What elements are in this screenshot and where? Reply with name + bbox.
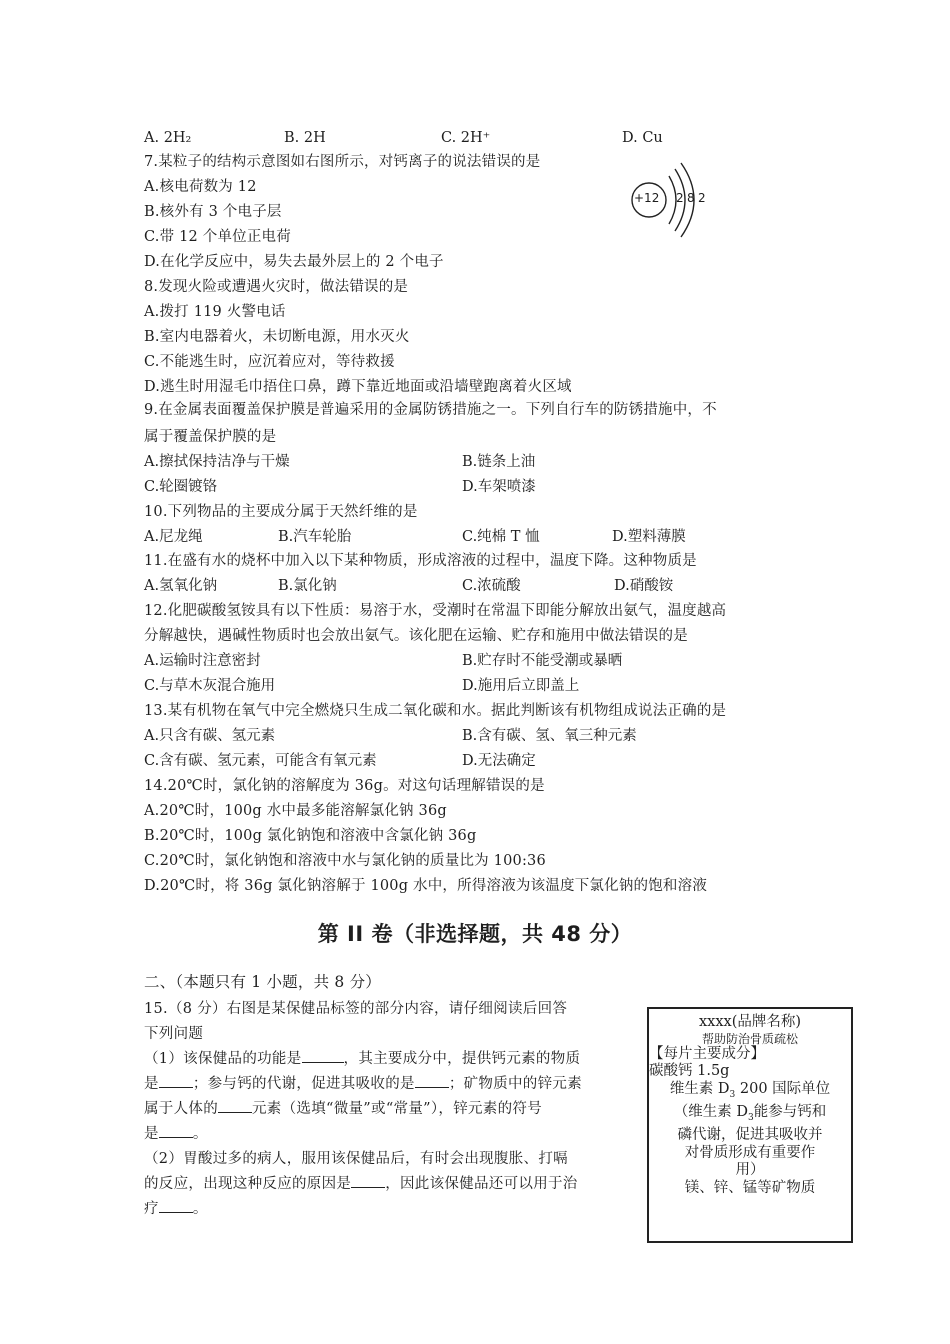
q15-block: 15.（8 分）右图是某保健品标签的部分内容，请仔细阅读后回答 下列问题 （1）… <box>144 997 634 1222</box>
q8-option-c: C.不能逃生时，应沉着应对，等待救援 <box>144 352 395 372</box>
q11-option-c: C.浓硫酸 <box>462 576 521 596</box>
q9-option-a: A.擦拭保持洁净与干燥 <box>144 452 290 472</box>
q13-stem: 13.某有机物在氧气中完全燃烧只生成二氧化碳和水。据此判断该有机物组成说法正确的… <box>144 701 726 721</box>
q15-part1-line4: 是。 <box>144 1122 634 1147</box>
q7-option-d: D.在化学反应中，易失去最外层上的 2 个电子 <box>144 252 444 272</box>
label-item-vitamin-d3: 维生素 D3 200 国际单位 <box>649 1081 851 1104</box>
q11-option-d: D.硝酸铵 <box>614 576 673 596</box>
q14-stem: 14.20℃时，氯化钠的溶解度为 36g。对这句话理解错误的是 <box>144 776 545 796</box>
health-product-label: xxxx(品牌名称) 帮助防治骨质疏松 【每片主要成分】 碳酸钙 1.5g 维生… <box>647 1007 853 1243</box>
shell-3-electrons: 2 <box>698 191 706 205</box>
q15-part1-text: 是 <box>144 1076 159 1092</box>
label-function: 帮助防治骨质疏松 <box>649 1032 851 1046</box>
label-note-line4: 用） <box>649 1162 851 1180</box>
nucleus-charge: +12 <box>634 191 659 205</box>
q11-stem: 11.在盛有水的烧杯中加入以下某种物质，形成溶液的过程中，温度下降。这种物质是 <box>144 551 697 571</box>
q13-option-a: A.只含有碳、氢元素 <box>144 726 275 746</box>
q15-stem-line1: 15.（8 分）右图是某保健品标签的部分内容，请仔细阅读后回答 <box>144 997 634 1022</box>
q15-part2-line2: 的反应，出现这种反应的原因是，因此该保健品还可以用于治 <box>144 1172 634 1197</box>
q11-option-a: A.氢氧化钠 <box>144 576 217 596</box>
answer-blank-reason[interactable] <box>351 1172 385 1188</box>
q12-option-d: D.施用后立即盖上 <box>462 676 579 696</box>
label-brand: xxxx(品牌名称) <box>649 1014 851 1032</box>
atom-shell-icon <box>625 160 715 250</box>
q10-option-b: B.汽车轮胎 <box>278 527 351 547</box>
q10-option-d: D.塑料薄膜 <box>612 527 686 547</box>
q8-option-d: D.逃生时用湿毛巾捂住口鼻，蹲下靠近地面或沿墙壁跑离着火区域 <box>144 377 572 397</box>
label-item-calcium-carbonate: 碳酸钙 1.5g <box>649 1063 851 1081</box>
q15-part1-text: ；矿物质中的锌元素 <box>449 1076 582 1092</box>
q15-part1-text: 是 <box>144 1126 159 1142</box>
q15-part1-line2: 是；参与钙的代谢，促进其吸收的是；矿物质中的锌元素 <box>144 1072 634 1097</box>
exam-page: A. 2H₂ B. 2H C. 2H⁺ D. Cu 7.某粒子的结构示意图如右图… <box>0 0 950 1344</box>
q8-option-a: A.拨打 119 火警电话 <box>144 302 286 322</box>
q13-option-b: B.含有碳、氢、氧三种元素 <box>462 726 637 746</box>
answer-blank-element-type[interactable] <box>218 1097 252 1113</box>
q14-option-b: B.20℃时，100g 氯化钠饱和溶液中含氯化钠 36g <box>144 826 476 846</box>
q11-option-b: B.氯化钠 <box>278 576 337 596</box>
q14-option-c: C.20℃时，氯化钠饱和溶液中水与氯化钠的质量比为 100:36 <box>144 851 546 871</box>
q15-part1-text: 属于人体的 <box>144 1101 218 1117</box>
q9-option-b: B.链条上油 <box>462 452 535 472</box>
label-text: （维生素 D <box>674 1104 748 1120</box>
q14-option-a: A.20℃时，100g 水中最多能溶解氯化钠 36g <box>144 801 447 821</box>
q6-option-c: C. 2H⁺ <box>441 128 490 148</box>
q10-stem: 10.下列物品的主要成分属于天然纤维的是 <box>144 502 418 522</box>
shell-1-electrons: 2 <box>676 191 684 205</box>
q8-option-b: B.室内电器着火，未切断电源，用水灭火 <box>144 327 410 347</box>
answer-blank-treatment[interactable] <box>159 1197 193 1213</box>
part2-title: 第 II 卷（非选择题，共 48 分） <box>0 918 950 948</box>
q15-part1-text: 。 <box>193 1126 208 1142</box>
q15-part2-text: 。 <box>193 1201 208 1217</box>
q15-part2-line3: 疗。 <box>144 1197 634 1222</box>
q15-part1-text: ；参与钙的代谢，促进其吸收的是 <box>193 1076 415 1092</box>
q7-stem: 7.某粒子的结构示意图如右图所示，对钙离子的说法错误的是 <box>144 152 540 172</box>
q15-part1-text: （1）该保健品的功能是 <box>144 1051 302 1067</box>
q15-stem-line2: 下列问题 <box>144 1022 634 1047</box>
q10-option-a: A.尼龙绳 <box>144 527 203 547</box>
q12-stem-line2: 分解越快，遇碱性物质时也会放出氨气。该化肥在运输、贮存和施用中做法错误的是 <box>144 626 688 646</box>
q9-option-c: C.轮圈镀铬 <box>144 477 217 497</box>
q15-part2-line1: （2）胃酸过多的病人，服用该保健品后，有时会出现腹胀、打嗝 <box>144 1147 634 1172</box>
label-text: 200 国际单位 <box>735 1081 830 1097</box>
answer-blank-zinc-symbol[interactable] <box>159 1122 193 1138</box>
q13-option-d: D.无法确定 <box>462 751 536 771</box>
section-heading: 二、（本题只有 1 小题，共 8 分） <box>144 972 381 992</box>
q7-option-b: B.核外有 3 个电子层 <box>144 202 282 222</box>
q6-option-a: A. 2H₂ <box>144 128 191 148</box>
q9-stem-line1: 9.在金属表面覆盖保护膜是普遍采用的金属防锈措施之一。下列自行车的防锈措施中，不 <box>144 400 717 420</box>
q13-option-c: C.含有碳、氢元素，可能含有氧元素 <box>144 751 377 771</box>
q15-part2-text: 疗 <box>144 1201 159 1217</box>
answer-blank-absorption[interactable] <box>415 1072 449 1088</box>
q8-stem: 8.发现火险或遭遇火灾时，做法错误的是 <box>144 277 408 297</box>
q9-option-d: D.车架喷漆 <box>462 477 536 497</box>
label-note-line2: 磷代谢，促进其吸收并 <box>649 1127 851 1145</box>
q15-part1-line3: 属于人体的元素（选填“微量”或“常量”），锌元素的符号 <box>144 1097 634 1122</box>
q12-stem-line1: 12.化肥碳酸氢铵具有以下性质：易溶于水，受潮时在常温下即能分解放出氨气，温度越… <box>144 601 726 621</box>
q6-option-d: D. Cu <box>622 128 663 148</box>
q15-part2-text: 的反应，出现这种反应的原因是 <box>144 1176 351 1192</box>
q12-option-b: B.贮存时不能受潮或暴晒 <box>462 651 622 671</box>
label-text: 维生素 D <box>670 1081 730 1097</box>
q15-part1-line1: （1）该保健品的功能是，其主要成分中，提供钙元素的物质 <box>144 1047 634 1072</box>
q7-option-c: C.带 12 个单位正电荷 <box>144 227 291 247</box>
q7-option-a: A.核电荷数为 12 <box>144 177 257 197</box>
q15-part2-text: ，因此该保健品还可以用于治 <box>385 1176 577 1192</box>
q10-option-c: C.纯棉 T 恤 <box>462 527 540 547</box>
q9-stem-line2: 属于覆盖保护膜的是 <box>144 427 276 447</box>
q12-option-c: C.与草木灰混合施用 <box>144 676 275 696</box>
q14-option-d: D.20℃时，将 36g 氯化钠溶解于 100g 水中，所得溶液为该温度下氯化钠… <box>144 876 707 896</box>
shell-2-electrons: 8 <box>687 191 695 205</box>
label-text: 能参与钙和 <box>754 1104 827 1120</box>
answer-blank-function[interactable] <box>302 1047 344 1063</box>
label-note-line3: 对骨质形成有重要作 <box>649 1145 851 1163</box>
label-item-minerals: 镁、锌、锰等矿物质 <box>649 1180 851 1198</box>
q6-option-b: B. 2H <box>284 128 326 148</box>
label-heading: 【每片主要成分】 <box>649 1046 851 1064</box>
q15-part1-text: ，其主要成分中，提供钙元素的物质 <box>344 1051 581 1067</box>
q15-part1-text: 元素（选填“微量”或“常量”），锌元素的符号 <box>252 1101 542 1117</box>
atom-structure-diagram: +12 2 8 2 <box>625 160 715 250</box>
answer-blank-calcium-source[interactable] <box>159 1072 193 1088</box>
label-note-line1: （维生素 D3能参与钙和 <box>649 1104 851 1127</box>
q12-option-a: A.运输时注意密封 <box>144 651 261 671</box>
